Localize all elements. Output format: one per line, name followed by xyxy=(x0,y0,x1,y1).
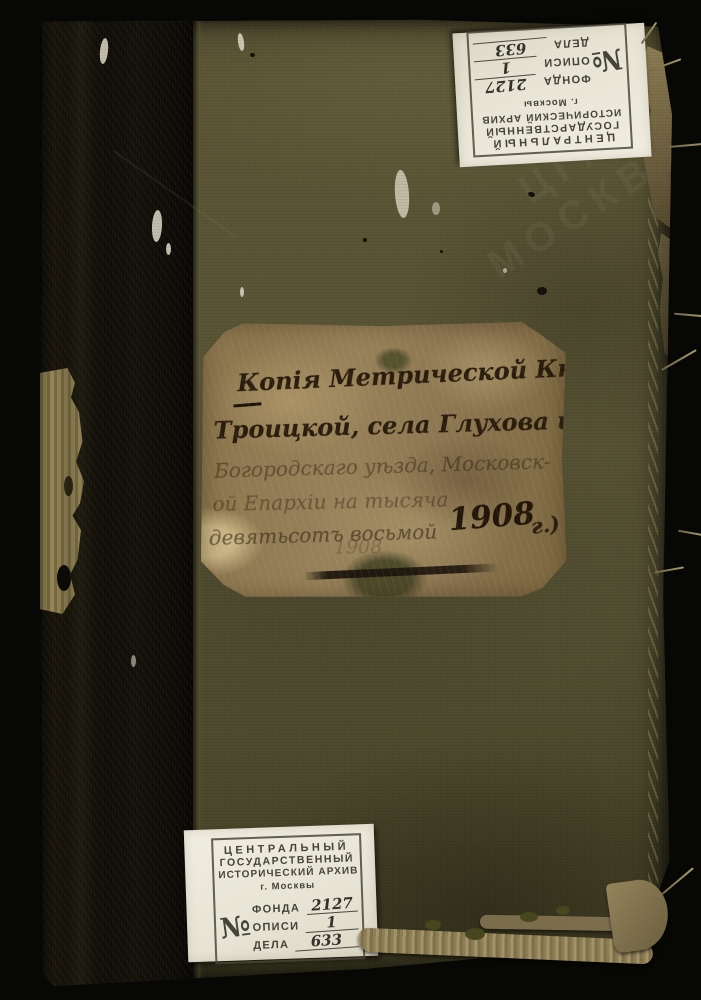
number-sign: № xyxy=(589,42,624,79)
edge-tuft xyxy=(520,912,538,922)
archive-photo-background: ЦГА МОСКВЫ Копія Метрической Книги xyxy=(0,0,701,1000)
ink-speck xyxy=(537,287,547,295)
frayed-thread xyxy=(674,313,701,318)
paint-fleck xyxy=(240,287,244,297)
frayed-corner xyxy=(605,876,672,953)
fond-value: 2127 xyxy=(306,895,358,915)
ink-speck xyxy=(363,238,367,242)
archive-city-line: г. Москвы xyxy=(219,878,357,894)
book-cover: ЦГА МОСКВЫ Копія Метрической Книги xyxy=(40,18,672,986)
edge-tuft xyxy=(425,920,441,930)
faded-year-ghost: 1908 xyxy=(334,536,383,559)
delo-value: 633 xyxy=(295,931,359,951)
opis-field: ОПИСИ 1 xyxy=(250,914,358,934)
paint-fleck xyxy=(393,170,410,219)
fond-field: ФОНДА 2127 xyxy=(250,896,358,916)
paint-fleck xyxy=(237,33,245,52)
title-line-5: девятьсотъ восьмой xyxy=(208,519,437,549)
title-line-4: ой Епархіи на тысяча xyxy=(212,487,448,516)
edge-tuft xyxy=(556,906,570,915)
handwritten-title-label: Копія Метрической Книги Троицкой, села Г… xyxy=(199,320,569,600)
title-year-suffix: г.) xyxy=(529,511,561,539)
archive-stamp: ЦЕНТРАЛЬНЫЙ ГОСУДАРСТВЕННЫЙ ИСТОРИЧЕСКИЙ… xyxy=(211,833,365,964)
paint-fleck xyxy=(503,268,507,273)
stamp-fields: № ФОНДА 2127 ОПИСИ 1 ДЕЛА 633 xyxy=(473,32,624,96)
archive-stamp-label-bottom: ЦЕНТРАЛЬНЫЙ ГОСУДАРСТВЕННЫЙ ИСТОРИЧЕСКИЙ… xyxy=(184,824,378,963)
paint-fleck xyxy=(131,655,136,667)
paint-fleck xyxy=(432,202,440,215)
underline-stroke xyxy=(233,402,261,407)
title-year: 1908 xyxy=(447,495,536,538)
edge-tuft xyxy=(465,928,485,940)
delo-field: ДЕЛА 633 xyxy=(251,932,359,952)
paint-fleck xyxy=(166,243,171,255)
archive-stamp: ЦЕНТРАЛЬНЫЙ ГОСУДАРСТВЕННЫЙ ИСТОРИЧЕСКИЙ… xyxy=(466,23,633,158)
ink-smear xyxy=(303,563,498,580)
ink-speck xyxy=(250,53,255,57)
archive-stamp-label-top: ЦЕНТРАЛЬНЫЙ ГОСУДАРСТВЕННЫЙ ИСТОРИЧЕСКИЙ… xyxy=(452,23,651,168)
stamp-fields: № ФОНДА 2127 ОПИСИ 1 ДЕЛА 633 xyxy=(219,894,359,955)
fond-value: 2127 xyxy=(475,74,538,95)
worn-edge-patch xyxy=(658,233,674,363)
frayed-bottom-edge xyxy=(480,915,630,932)
ink-speck xyxy=(440,250,443,253)
frayed-thread xyxy=(678,530,701,536)
edge-stitching xyxy=(648,188,658,898)
number-sign: № xyxy=(218,908,253,945)
title-line-3: Богородскаго уѣзда, Московск- xyxy=(214,449,551,482)
